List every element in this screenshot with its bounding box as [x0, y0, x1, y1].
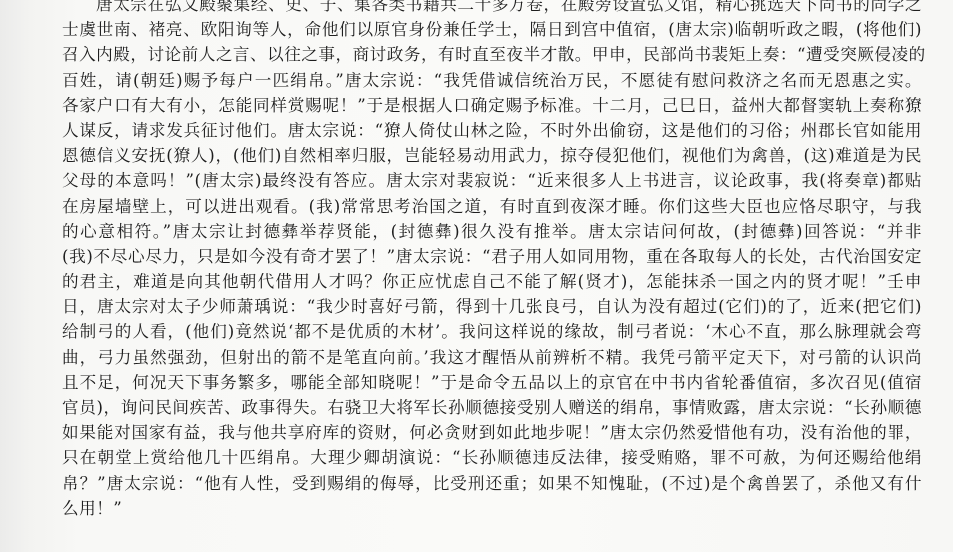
- text-line: 各家户口有大有小，怎能同样赏赐呢！”于是根据人口确定赐予标准。十二月，己巳日，益…: [62, 93, 922, 118]
- text-line: 百姓，请(朝廷)赐予每户一匹绢帛。”唐太宗说：“我凭借诚信统治万民，不愿徒有慰问…: [62, 68, 922, 93]
- text-line: 的君主，难道是向其他朝代借用人才吗？你正应忧虑自己不能了解(贤才)，怎能抹杀一国…: [62, 269, 922, 294]
- scanned-document-page: 唐太宗在弘文殿聚集经、史、子、集各类书籍共二十多万卷，在殿旁设置弘文馆，精心挑选…: [0, 0, 953, 552]
- text-line: 给制弓的人看，(他们)竟然说‘都不是优质的木材’。我问这样说的缘故，制弓者说：‘…: [62, 319, 922, 344]
- text-line: 父母的本意吗！”(唐太宗)最终没有答应。唐太宗对裴寂说：“近来很多人上书进言，议…: [62, 168, 922, 193]
- text-line: 唐太宗在弘文殿聚集经、史、子、集各类书籍共二十多万卷，在殿旁设置弘文馆，精心挑选…: [62, 0, 922, 17]
- text-line: 恩德信义安抚(獠人)，(他们)自然相率归服，岂能轻易动用武力，掠夺侵犯他们，视他…: [62, 143, 922, 168]
- translation-paragraph: 唐太宗在弘文殿聚集经、史、子、集各类书籍共二十多万卷，在殿旁设置弘文馆，精心挑选…: [62, 0, 922, 521]
- text-line: 召入内殿，讨论前人之言、以往之事，商讨政务，有时直至夜半才散。甲申，民部尚书裴矩…: [62, 42, 922, 67]
- text-line: (我)不尽心尽力，只是如今没有奇才罢了！”唐太宗说：“君子用人如同用物，重在各取…: [62, 244, 922, 269]
- text-line: 曲，弓力虽然强劲，但射出的箭不是笔直向前。’我这才醒悟从前辨析不精。我凭弓箭平定…: [62, 345, 922, 370]
- text-line: 如果能对国家有益，我与他共享府库的资财，何必贪财到如此地步呢！”唐太宗仍然爱惜他…: [62, 420, 922, 445]
- text-line: 帛？”唐太宗说：“他有人性，受到赐绢的侮辱，比受刑还重；如果不知愧耻，(不过)是…: [62, 471, 922, 496]
- text-line: 的心意相符。”唐太宗让封德彝举荐贤能，(封德彝)很久没有推举。唐太宗诘问何故，(…: [62, 219, 922, 244]
- text-line: 且不足，何况天下事务繁多，哪能全部知晓呢！”于是命令五品以上的京官在中书内省轮番…: [62, 370, 922, 395]
- text-line: 士虞世南、褚亮、欧阳询等人，命他们以原官身份兼任学士，隔日到宫中值宿，(唐太宗)…: [62, 17, 922, 42]
- text-line: 在房屋墙壁上，可以进出观看。(我)常常思考治国之道，有时直到夜深才睡。你们这些大…: [62, 194, 922, 219]
- text-line: 官员)，询问民间疾苦、政事得失。右骁卫大将军长孙顺德接受别人赠送的绢帛，事情败露…: [62, 395, 922, 420]
- text-line: 么用！”: [62, 496, 922, 521]
- text-line: 人谋反，请求发兵征讨他们。唐太宗说：“獠人倚仗山林之险，不时外出偷窃，这是他们的…: [62, 118, 922, 143]
- text-line: 日，唐太宗对太子少师萧瑀说：“我少时喜好弓箭，得到十几张良弓，自认为没有超过(它…: [62, 294, 922, 319]
- text-line: 只在朝堂上赏给他几十匹绢帛。大理少卿胡演说：“长孙顺德违反法律，接受贿赂，罪不可…: [62, 445, 922, 470]
